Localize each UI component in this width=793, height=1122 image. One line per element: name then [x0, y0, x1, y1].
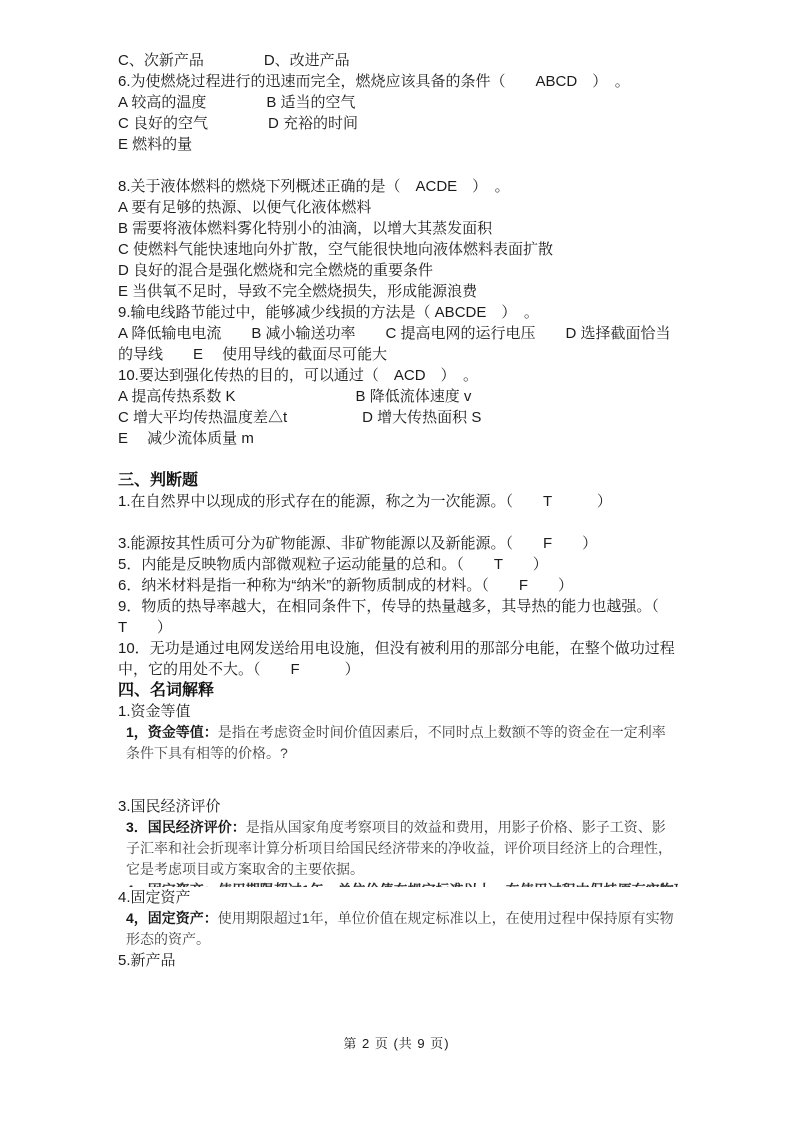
- text-line: A 提高传热系数 K B 降低流体速度 v: [118, 386, 678, 407]
- text-line: A 要有足够的热源、以便气化液体燃料: [118, 197, 678, 218]
- definition-paragraph: 1，资金等值：是指在考虑资金时间价值因素后，不同时点上数额不等的资金在一定利率条…: [118, 722, 678, 764]
- section-heading: 四、名词解释: [118, 680, 678, 701]
- definition-term-label: 1，资金等值：: [126, 724, 218, 740]
- blank-line: [118, 449, 678, 470]
- text-line: B 需要将液体燃料雾化特别小的油滴，以增大其蒸发面积: [118, 218, 678, 239]
- text-line: C 使燃料气能快速地向外扩散，空气能很快地向液体燃料表面扩散: [118, 239, 678, 260]
- text-line: 5．内能是反映物质内部微观粒子运动能量的总和。（ T ）: [118, 554, 678, 575]
- document-body: C、次新产品 D、改进产品6.为使燃烧过程进行的迅速而完全，燃烧应该具备的条件（…: [118, 50, 678, 971]
- text-line: 8.关于液体燃料的燃烧下列概述正确的是（ ACDE ） 。: [118, 176, 678, 197]
- text-line: 1.资金等值: [118, 701, 678, 722]
- blank-line: [118, 155, 678, 176]
- text-line: 10．无功是通过电网发送给用电设施，但没有被利用的那部分电能，在整个做功过程中，…: [118, 638, 678, 680]
- text-line: D 良好的混合是强化燃烧和完全燃烧的重要条件: [118, 260, 678, 281]
- text-line: 4.固定资产: [118, 887, 678, 908]
- paragraph-gap: [118, 764, 678, 796]
- text-line: E 燃料的量: [118, 134, 678, 155]
- text-line: 5.新产品: [118, 950, 678, 971]
- definition-paragraph: 4，固定资产：使用期限超过1年，单位价值在规定标准以上，在使用过程中保持原有实物…: [118, 908, 678, 950]
- definition-paragraph: 3．国民经济评价：是指从国家角度考察项目的效益和费用，用影子价格、影子工资、影子…: [118, 817, 678, 880]
- definition-term-label: 4，固定资产：: [126, 910, 218, 926]
- text-line: 6.为使燃烧过程进行的迅速而完全，燃烧应该具备的条件（ ABCD ） 。: [118, 71, 678, 92]
- text-line: 3.能源按其性质可分为矿物能源、非矿物能源以及新能源。（ F ）: [118, 533, 678, 554]
- text-line: 9.输电线路节能过中，能够减少线损的方法是（ ABCDE ） 。: [118, 302, 678, 323]
- document-page: C、次新产品 D、改进产品6.为使燃烧过程进行的迅速而完全，燃烧应该具备的条件（…: [0, 0, 793, 1122]
- text-line: A 降低输电电流 B 减小输送功率 C 提高电网的运行电压 D 选择截面恰当的导…: [118, 323, 678, 365]
- text-line: 1.在自然界中以现成的形式存在的能源，称之为一次能源。（ T ）: [118, 491, 678, 512]
- text-line: C 良好的空气 D 充裕的时间: [118, 113, 678, 134]
- text-line: C 增大平均传热温度差△t D 增大传热面积 S: [118, 407, 678, 428]
- clipped-line: 4，固定资产：使用期限超过1年，单位价值在规定标准以上，在使用过程中保持原有实物…: [118, 880, 678, 887]
- text-line: E 当供氧不足时，导致不完全燃烧损失，形成能源浪费: [118, 281, 678, 302]
- page-footer: 第 2 页 (共 9 页): [0, 1033, 793, 1052]
- text-line: 3.国民经济评价: [118, 796, 678, 817]
- text-line: C、次新产品 D、改进产品: [118, 50, 678, 71]
- text-line: 6．纳米材料是指一种称为“纳米”的新物质制成的材料。（ F ）: [118, 575, 678, 596]
- text-line: A 较高的温度 B 适当的空气: [118, 92, 678, 113]
- text-line: 10.要达到强化传热的目的，可以通过（ ACD ） 。: [118, 365, 678, 386]
- text-line: E 减少流体质量 m: [118, 428, 678, 449]
- definition-term-label: 3．国民经济评价：: [126, 819, 246, 835]
- blank-line: [118, 512, 678, 533]
- section-heading: 三、判断题: [118, 470, 678, 491]
- text-line: 9．物质的热导率越大，在相同条件下，传导的热量越多，其导热的能力也越强。（ T …: [118, 596, 678, 638]
